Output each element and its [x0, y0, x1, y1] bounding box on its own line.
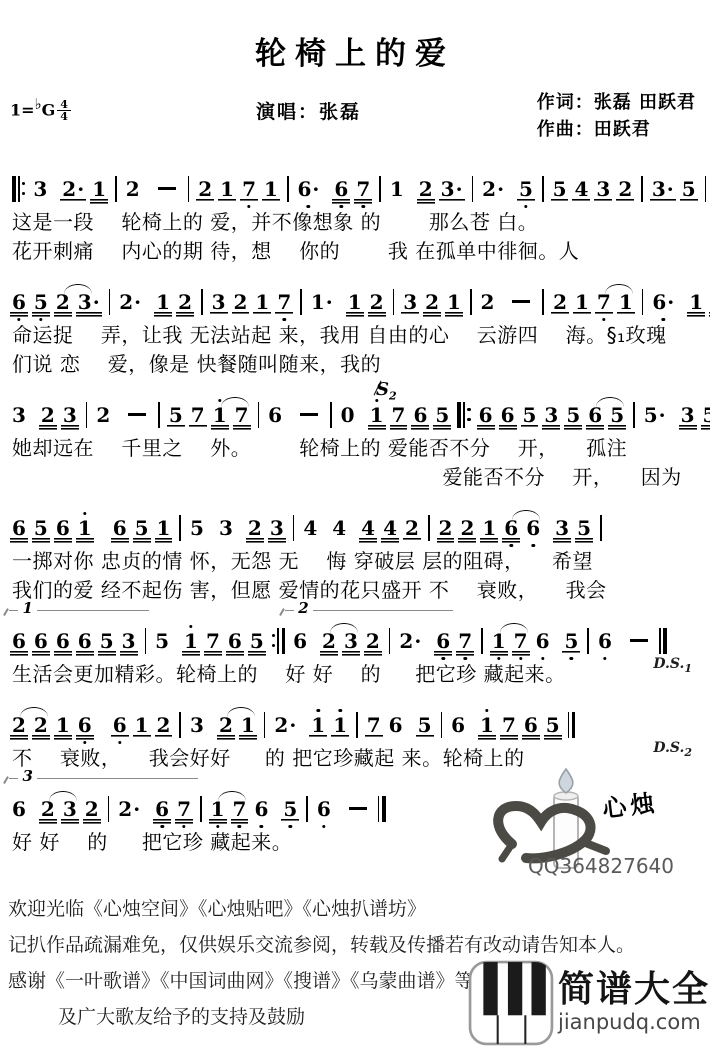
note: 1	[346, 282, 364, 321]
volta-number: 3	[18, 769, 36, 783]
note: 3·	[76, 282, 102, 321]
note: 6	[502, 508, 520, 547]
barline	[188, 176, 190, 202]
barline	[705, 176, 707, 202]
note: 7	[354, 169, 372, 208]
note: 2	[39, 789, 57, 828]
watermark-name: 心烛	[600, 783, 660, 825]
note: 6	[477, 395, 495, 434]
note: 2·	[116, 789, 142, 828]
note: 1	[209, 789, 227, 828]
note: 6	[434, 621, 452, 660]
dash-note	[630, 639, 648, 641]
music-systems: 32·1221716·67123·2·554323·5这是一段 轮椅上的 爱，并…	[6, 155, 704, 857]
note: 5	[544, 705, 562, 744]
note: 6	[10, 508, 28, 547]
note: 6·	[296, 169, 322, 208]
barline	[642, 289, 644, 315]
note: 2	[458, 508, 476, 547]
note: 4	[359, 508, 377, 547]
music-system: S23232571760176566535655·35她却远在 千里之 外。 轮…	[6, 381, 704, 492]
barline	[587, 628, 589, 654]
note: 5	[188, 508, 206, 547]
note: 6	[10, 789, 28, 828]
footer-line: 欢迎光临《心烛空间》《心烛贴吧》《心烛扒谱坊》	[8, 891, 702, 927]
note: 2	[39, 395, 57, 434]
note: 6	[226, 621, 244, 660]
note: 2	[423, 282, 441, 321]
performer-credit: 演唱：张磊	[256, 97, 361, 124]
note: 5	[167, 395, 185, 434]
note: 5	[153, 621, 171, 660]
barline	[258, 402, 260, 428]
note: 2	[364, 621, 382, 660]
note: 2	[176, 282, 194, 321]
repeat-begin	[12, 176, 25, 202]
dash-note	[349, 807, 367, 809]
barline	[542, 176, 544, 202]
volta-bracket-2: 2	[285, 610, 453, 618]
volta-number: 1	[18, 601, 36, 615]
barline	[633, 402, 635, 428]
notes-line: 12D.S.16666535176562322·6717656	[6, 607, 704, 660]
barline	[109, 289, 111, 315]
final-barline	[659, 628, 667, 654]
site-name: 简谱大全	[558, 972, 710, 1008]
note: 1	[388, 169, 406, 208]
note: 5·	[642, 395, 668, 434]
music-system: 12D.S.16666535176562322·6717656生活会更加精彩。轮…	[6, 607, 704, 689]
note: 6	[153, 789, 171, 828]
note: 7	[233, 395, 251, 434]
barline	[179, 515, 181, 541]
note: 2	[83, 789, 101, 828]
barline	[145, 628, 147, 654]
note: 1	[211, 395, 229, 434]
barline	[393, 289, 395, 315]
note: 1	[309, 705, 327, 744]
note: 3	[679, 395, 697, 434]
note: 3	[542, 395, 560, 434]
notes-line: 6523·2·1232171·12321221716·12	[6, 268, 704, 321]
note: 3	[10, 395, 28, 434]
note: 1	[445, 282, 463, 321]
dal-segno-mark-1: D.S.1	[653, 656, 692, 675]
note: 4	[381, 508, 399, 547]
barline	[356, 712, 358, 738]
note: 1	[133, 705, 151, 744]
note: 2	[155, 705, 173, 744]
note: 7	[500, 705, 518, 744]
note: 3·	[650, 169, 676, 208]
note: 2·	[117, 282, 143, 321]
barline	[379, 176, 381, 202]
barline	[542, 289, 544, 315]
repeat-begin	[457, 402, 470, 428]
flat-sign: ♭	[35, 95, 42, 113]
barline	[158, 402, 160, 428]
barline	[86, 402, 88, 428]
note: 1	[239, 705, 257, 744]
note: 6	[596, 621, 614, 660]
note: 7	[595, 282, 613, 321]
note: 1	[331, 705, 349, 744]
note: 2	[479, 282, 497, 321]
note: 5	[416, 705, 434, 744]
barline	[470, 289, 472, 315]
note: 3	[342, 621, 360, 660]
note: 3	[210, 282, 228, 321]
note: 7	[175, 789, 193, 828]
note: 5	[575, 508, 593, 547]
barline	[389, 628, 391, 654]
barline	[287, 176, 289, 202]
note: 3	[217, 508, 235, 547]
lyrics-line: 生活会更加精彩。轮椅上的 好 好 的 把它珍 藏起来。	[6, 660, 704, 689]
dash-note	[128, 413, 146, 415]
note: 2·	[60, 169, 86, 208]
note: 6	[586, 395, 604, 434]
note: 7	[240, 169, 258, 208]
note: 1	[480, 508, 498, 547]
note: 1	[90, 169, 108, 208]
note: 2	[232, 282, 250, 321]
song-meta: 1=♭G44 演唱：张磊 作词：张磊 田跃君 作曲：田跃君	[8, 89, 702, 145]
note: 3	[120, 621, 138, 660]
note: 5	[133, 508, 151, 547]
note: 7	[275, 282, 293, 321]
note: 6	[54, 621, 72, 660]
music-system: 32·1221716·67123·2·554323·5这是一段 轮椅上的 爱，并…	[6, 155, 704, 266]
site-logo-text: 简谱大全 jianpudq.com	[558, 972, 710, 1034]
lyricist-credit: 作词：张磊 田跃君	[537, 89, 696, 116]
note: 0	[339, 395, 357, 434]
note: 1	[573, 282, 591, 321]
note: 1	[155, 508, 173, 547]
notes-line: D.S.222166123212·1176561765	[6, 691, 704, 744]
watermark-qq-number: QQ364827640	[528, 854, 674, 878]
note: 5	[98, 621, 116, 660]
barline	[441, 712, 443, 738]
note: 2	[403, 508, 421, 547]
note: 3	[268, 508, 286, 547]
note: 1	[154, 282, 172, 321]
note: 7	[512, 621, 530, 660]
lyrics-line: 花开刺痛 内心的期 待，想 你的 我 在孤单中徘徊。人	[6, 237, 704, 266]
note: 6	[524, 508, 542, 547]
final-barline	[568, 712, 576, 738]
note: 1	[368, 395, 386, 434]
note: 6	[111, 705, 129, 744]
note: 5	[433, 395, 451, 434]
barline	[306, 796, 308, 822]
lyrics-line: 们说 恋 爱，像是 快餐随叫随来，我的	[6, 350, 704, 379]
note: 7	[390, 395, 408, 434]
note: 2	[32, 705, 50, 744]
note: 3	[31, 169, 49, 208]
note: 6	[54, 508, 72, 547]
note: 5	[701, 395, 710, 434]
note: 5	[680, 169, 698, 208]
piano-keys-icon	[468, 960, 554, 1046]
note: 5	[517, 169, 535, 208]
note: 2	[10, 705, 28, 744]
note: 7	[456, 621, 474, 660]
note: 1	[54, 705, 72, 744]
note: 1·	[309, 282, 335, 321]
barline	[201, 289, 203, 315]
barline	[108, 796, 110, 822]
meter-denominator: 4	[57, 111, 71, 122]
note: 2	[320, 621, 338, 660]
note: 4	[301, 508, 319, 547]
lyrics-line: 她却远在 千里之 外。 轮椅上的 爱能否不分 开， 孤注	[6, 434, 704, 463]
repeat-end	[272, 628, 285, 654]
note: 2	[54, 282, 72, 321]
note: 2·	[397, 621, 423, 660]
barline	[179, 712, 181, 738]
note: 5	[521, 395, 539, 434]
note: 3	[61, 789, 79, 828]
note: 3	[401, 282, 419, 321]
volta-bracket-3: 3	[9, 778, 197, 786]
note: 2	[417, 169, 435, 208]
note: 2·	[272, 705, 298, 744]
note: 6	[76, 705, 94, 744]
note: 6	[534, 621, 552, 660]
time-signature: 44	[57, 99, 71, 122]
note: 2	[368, 282, 386, 321]
note: 1	[76, 508, 94, 547]
note: 1	[182, 621, 200, 660]
volta-bracket-1: 1	[9, 610, 149, 618]
composer-credit: 作曲：田跃君	[537, 116, 696, 143]
note: 5	[32, 508, 50, 547]
note: 6	[411, 395, 429, 434]
note: 4	[572, 169, 590, 208]
lyrics-line: 命运捉 弄，让我 无法站起 来，我用 自由的心 云游四 海。§₁玫瑰	[6, 321, 704, 350]
barline	[200, 796, 202, 822]
barline	[330, 402, 332, 428]
notes-line: 32·1221716·67123·2·554323·5	[6, 155, 704, 208]
note: 6	[266, 395, 284, 434]
note: 1	[617, 282, 635, 321]
note: 6·	[650, 282, 676, 321]
note: 2	[217, 705, 235, 744]
key-letter: G	[42, 100, 56, 119]
music-system: 65616515323444422216635一掷对你 忠贞的情 怀，无怨 无 …	[6, 494, 704, 605]
note: 2	[616, 169, 634, 208]
barline	[293, 515, 295, 541]
note: 6	[111, 508, 129, 547]
dal-segno-mark-2: D.S.2	[653, 740, 692, 759]
lyrics-line: 我们的爱 经不起伤 害，但愿 爱情的花只盛开 不 衰败， 我会	[6, 576, 704, 605]
lyrics-line: 爱能否不分 开， 因为	[6, 463, 704, 492]
barline	[264, 712, 266, 738]
barline	[481, 628, 483, 654]
volta-number: 2	[294, 601, 312, 615]
note: 1	[218, 169, 236, 208]
key-signature: 1=♭G44	[10, 95, 71, 122]
note: 7	[231, 789, 249, 828]
barline	[600, 515, 602, 541]
final-barline	[378, 796, 386, 822]
site-logo: 简谱大全 jianpudq.com	[468, 960, 710, 1046]
note: 2	[196, 169, 214, 208]
notes-line: S23232571760176566535655·35	[6, 381, 704, 434]
note: 3	[188, 705, 206, 744]
note: 7	[204, 621, 222, 660]
note: 6	[522, 705, 540, 744]
studio-watermark: 心烛 QQ364827640	[482, 766, 702, 888]
lyrics-line: 这是一段 轮椅上的 爱，并不像想象 的 那么苍 白。	[6, 208, 704, 237]
note: 4	[330, 508, 348, 547]
note: 3	[594, 169, 612, 208]
note: 5	[248, 621, 266, 660]
lyrics-line: 一掷对你 忠贞的情 怀，无怨 无 悔 穿破层 层的阻碍， 希望	[6, 547, 704, 576]
note: 5	[562, 621, 580, 660]
note: 6	[32, 621, 50, 660]
note: 3·	[439, 169, 465, 208]
music-system: 6523·2·1232171·12321221716·12命运捉 弄，让我 无法…	[6, 268, 704, 379]
note: 6	[252, 789, 270, 828]
note: 6	[499, 395, 517, 434]
barline	[300, 289, 302, 315]
note: 6	[449, 705, 467, 744]
note: 2	[94, 395, 112, 434]
note: 6	[315, 789, 333, 828]
note: 5	[551, 169, 569, 208]
note: 5	[564, 395, 582, 434]
note: 3	[553, 508, 571, 547]
note: 5	[32, 282, 50, 321]
note: 7	[365, 705, 383, 744]
note: 1	[490, 621, 508, 660]
dash-note	[158, 187, 176, 189]
note: 6	[291, 621, 309, 660]
note: 2·	[480, 169, 506, 208]
note: 1	[262, 169, 280, 208]
notes-line: 65616515323444422216635	[6, 494, 704, 547]
note: 3	[61, 395, 79, 434]
note: 7	[189, 395, 207, 434]
note: 5	[608, 395, 626, 434]
barline	[641, 176, 643, 202]
key-prefix: 1=	[10, 100, 35, 119]
note: 6	[10, 621, 28, 660]
note: 1	[253, 282, 271, 321]
note: 1	[687, 282, 705, 321]
note: 2	[246, 508, 264, 547]
note: 5	[281, 789, 299, 828]
barline	[428, 515, 430, 541]
writing-credits: 作词：张磊 田跃君 作曲：田跃君	[537, 89, 696, 143]
note: 1	[478, 705, 496, 744]
note: 2	[437, 508, 455, 547]
note: 2	[551, 282, 569, 321]
note: 2	[124, 169, 142, 208]
barline	[472, 176, 474, 202]
music-system: D.S.222166123212·1176561765不 衰败， 我会好好 的 …	[6, 691, 704, 773]
note: 6	[76, 621, 94, 660]
note: 6	[387, 705, 405, 744]
note: 6	[10, 282, 28, 321]
dash-note	[300, 413, 318, 415]
page-title: 轮椅上的爱	[0, 28, 710, 73]
footer-line: 记扒作品疏漏难免，仅供娱乐交流参阅，转载及传播若有改动请告知本人。	[8, 927, 702, 963]
note: 6	[332, 169, 350, 208]
site-domain: jianpudq.com	[558, 1010, 710, 1034]
dash-note	[512, 300, 530, 302]
barline	[115, 176, 117, 202]
